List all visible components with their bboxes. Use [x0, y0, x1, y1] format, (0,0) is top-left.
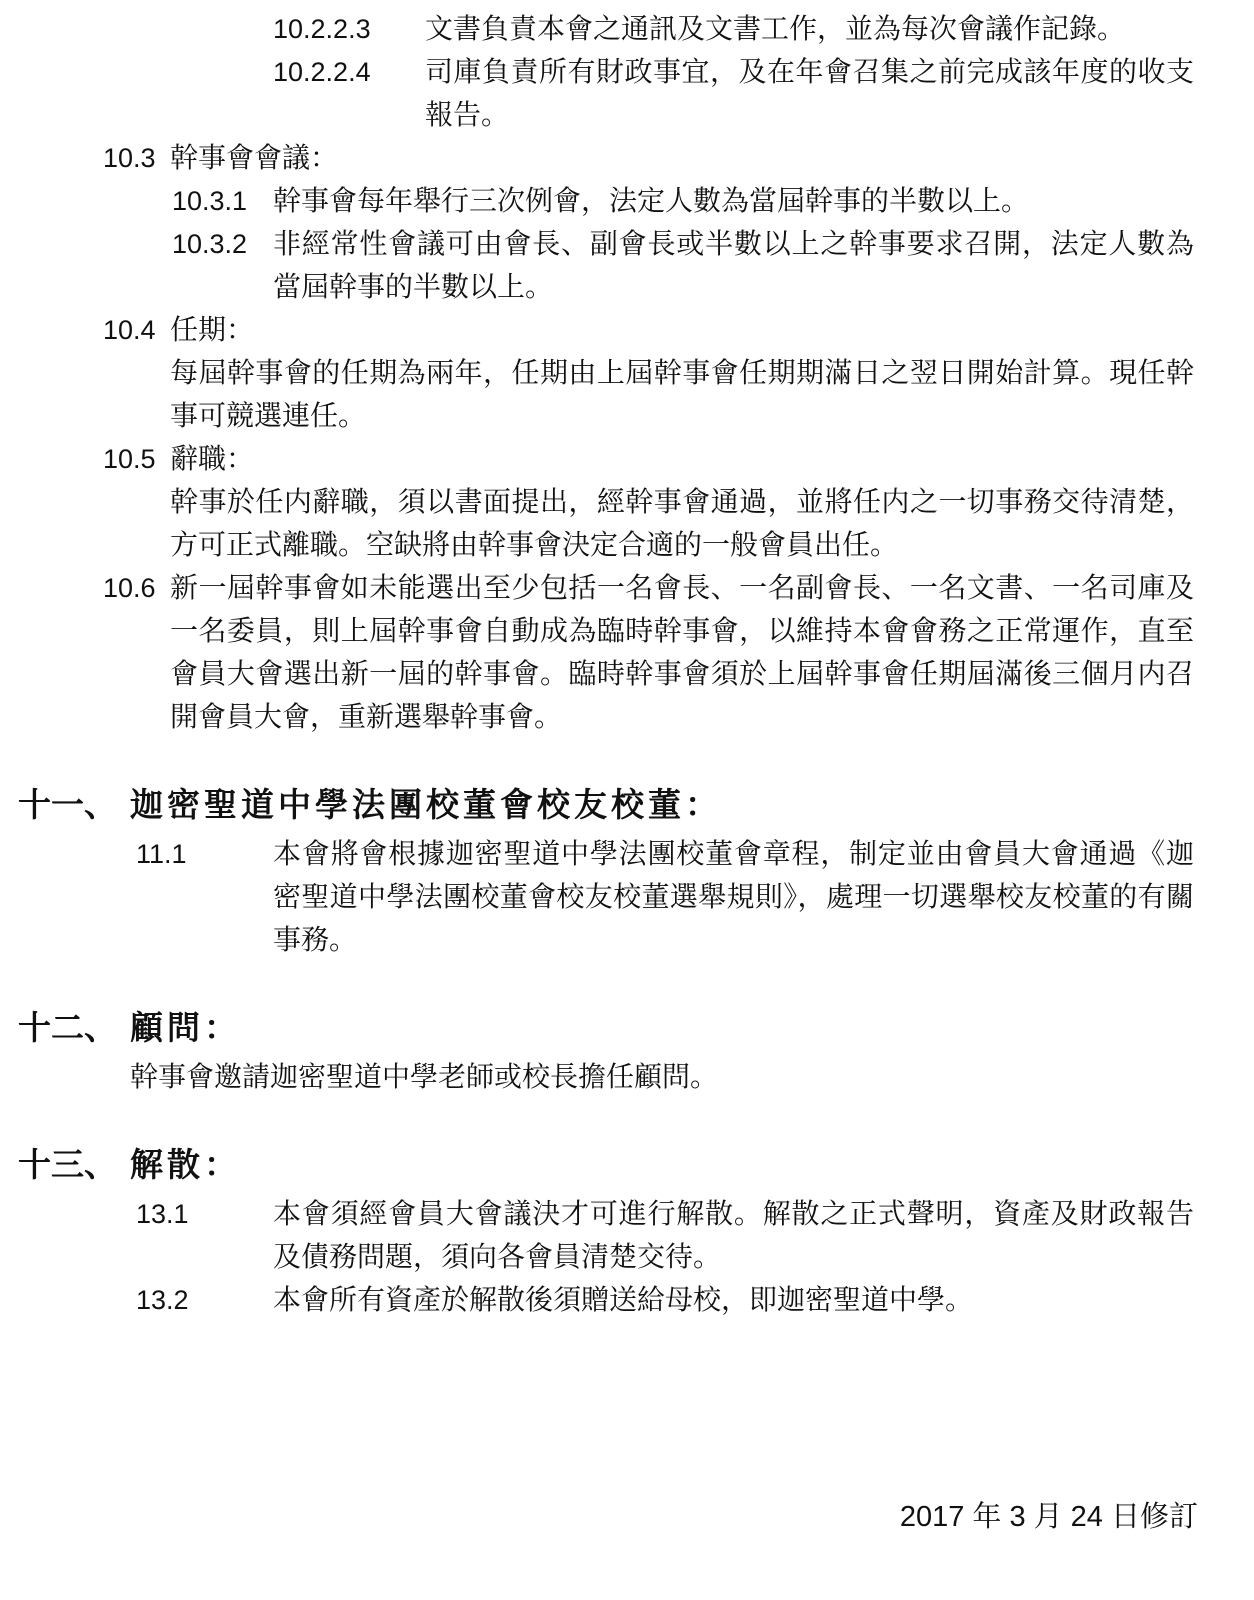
clause-text: 司庫負責所有財政事宜，及在年會召集之前完成該年度的收支報告。 [425, 51, 1194, 137]
chapter-13-heading: 十三、 解散： [18, 1145, 1194, 1188]
clause-title: 辭職： [170, 438, 1194, 481]
clause-number: 10.4 [103, 309, 170, 352]
clause-number: 13.2 [136, 1279, 273, 1322]
clause-number: 10.3.2 [172, 223, 273, 266]
clause-10-2-2-4: 10.2.2.4 司庫負責所有財政事宜，及在年會召集之前完成該年度的收支報告。 [273, 51, 1194, 137]
clause-text: 非經常性會議可由會長、副會長或半數以上之幹事要求召開，法定人數為當屆幹事的半數以… [273, 223, 1194, 309]
clause-number: 10.3.1 [172, 180, 273, 223]
clause-title: 幹事會會議： [170, 137, 1194, 180]
chapter-title: 迦密聖道中學法團校董會校友校董： [130, 785, 1194, 828]
document-page: 10.2.2.3 文書負責本會之通訊及文書工作，並為每次會議作記錄。 10.2.… [0, 0, 1254, 1600]
clause-number: 10.3 [103, 137, 170, 180]
clause-10-3-2: 10.3.2 非經常性會議可由會長、副會長或半數以上之幹事要求召開，法定人數為當… [172, 223, 1194, 309]
clause-10-3: 10.3 幹事會會議： [103, 137, 1194, 180]
chapter-label: 十三、 [18, 1145, 130, 1188]
chapter-12-heading: 十二、 顧問： [18, 1008, 1194, 1051]
revision-date: 2017 年 3 月 24 日修訂 [900, 1496, 1198, 1539]
clause-number: 10.2.2.3 [273, 8, 425, 51]
clause-title: 任期： [170, 309, 1194, 352]
clause-text: 本會將會根據迦密聖道中學法團校董會章程，制定並由會員大會通過《迦密聖道中學法團校… [273, 833, 1194, 962]
clause-10-5: 10.5 辭職： [103, 438, 1194, 481]
clause-11-1: 11.1 本會將會根據迦密聖道中學法團校董會章程，制定並由會員大會通過《迦密聖道… [136, 833, 1194, 962]
clause-13-2: 13.2 本會所有資產於解散後須贈送給母校，即迦密聖道中學。 [136, 1279, 1194, 1322]
clause-text: 文書負責本會之通訊及文書工作，並為每次會議作記錄。 [425, 8, 1194, 51]
clause-10-2-2-3: 10.2.2.3 文書負責本會之通訊及文書工作，並為每次會議作記錄。 [273, 8, 1194, 51]
clause-10-4: 10.4 任期： [103, 309, 1194, 352]
clause-13-1: 13.1 本會須經會員大會議決才可進行解散。解散之正式聲明，資產及財政報告及債務… [136, 1193, 1194, 1279]
chapter-12-body: 幹事會邀請迦密聖道中學老師或校長擔任顧問。 [130, 1056, 1194, 1099]
clause-number: 10.6 [103, 567, 170, 610]
chapter-title: 解散： [130, 1145, 1194, 1188]
clause-10-5-body: 幹事於任内辭職，須以書面提出，經幹事會通過，並將任内之一切事務交待清楚，方可正式… [170, 481, 1194, 567]
clause-number: 10.5 [103, 438, 170, 481]
clause-number: 11.1 [136, 833, 273, 876]
clause-10-4-body: 每屆幹事會的任期為兩年，任期由上屆幹事會任期期滿日之翌日開始計算。現任幹事可競選… [170, 352, 1194, 438]
chapter-11-heading: 十一、 迦密聖道中學法團校董會校友校董： [18, 785, 1194, 828]
chapter-label: 十二、 [18, 1008, 130, 1051]
clause-text: 幹事會每年舉行三次例會，法定人數為當屆幹事的半數以上。 [273, 180, 1194, 223]
clause-text: 本會須經會員大會議決才可進行解散。解散之正式聲明，資產及財政報告及債務問題，須向… [273, 1193, 1194, 1279]
clause-number: 10.2.2.4 [273, 51, 425, 94]
clause-text: 新一屆幹事會如未能選出至少包括一名會長、一名副會長、一名文書、一名司庫及一名委員… [170, 567, 1194, 739]
clause-10-6: 10.6 新一屆幹事會如未能選出至少包括一名會長、一名副會長、一名文書、一名司庫… [103, 567, 1194, 739]
clause-10-3-1: 10.3.1 幹事會每年舉行三次例會，法定人數為當屆幹事的半數以上。 [172, 180, 1194, 223]
chapter-label: 十一、 [18, 785, 130, 828]
chapter-title: 顧問： [130, 1008, 1194, 1051]
clause-number: 13.1 [136, 1193, 273, 1236]
clause-text: 本會所有資產於解散後須贈送給母校，即迦密聖道中學。 [273, 1279, 1194, 1322]
